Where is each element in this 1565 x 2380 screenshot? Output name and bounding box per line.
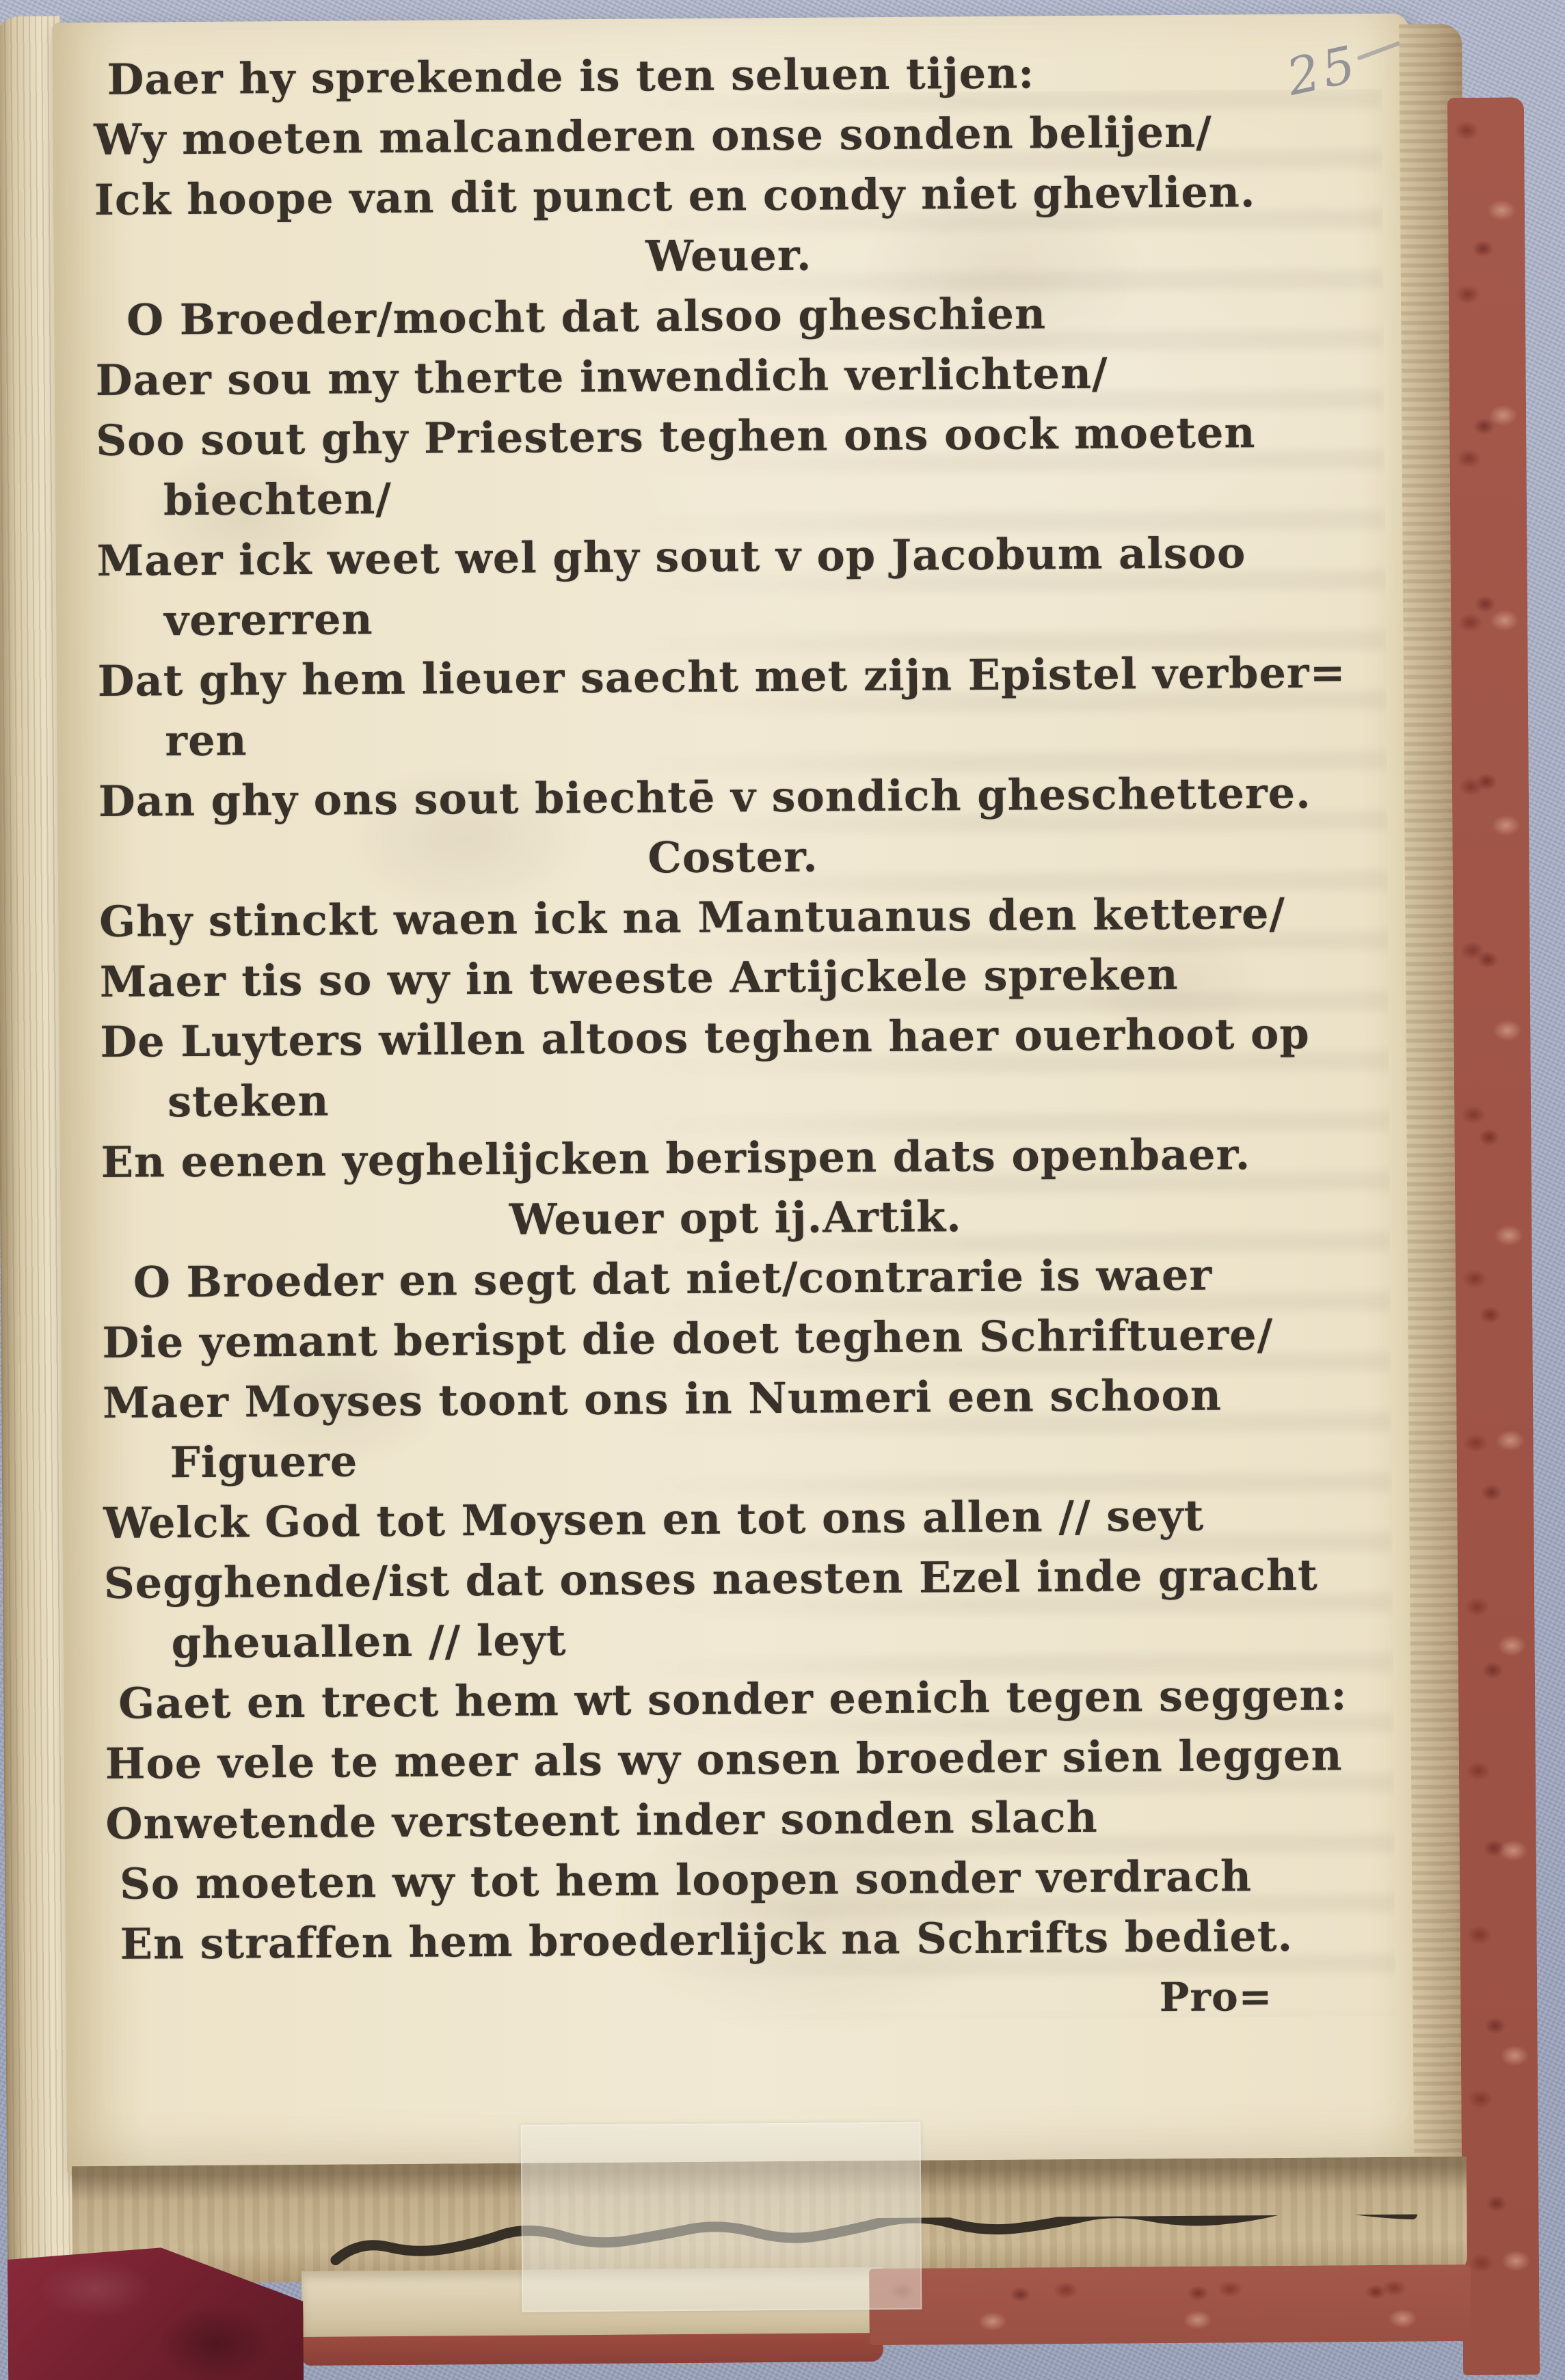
speaker-heading: Weuer. <box>94 221 1363 290</box>
verse-line: Maer Moyses toont ons in Numeri een scho… <box>103 1364 1372 1433</box>
book: Daer hy sprekende is ten seluen tijen: W… <box>0 0 1565 2380</box>
verse-line: Onwetende versteent inder sonden slach <box>105 1785 1374 1854</box>
verse-line: Die yemant berispt die doet teghen Schri… <box>102 1304 1371 1373</box>
verse-line: Segghende/ist dat onses naesten Ezel ind… <box>104 1545 1373 1614</box>
verse-continuation: gheuallen // leyt <box>104 1605 1373 1674</box>
tape-strip <box>521 2122 922 2312</box>
verse-line: De Luyters willen altoos teghen haer oue… <box>100 1003 1369 1072</box>
verse-continuation: Figuere <box>103 1424 1372 1493</box>
verse-continuation: steken <box>101 1064 1369 1133</box>
verse-line: So moeten wy tot hem loopen sonder verdr… <box>106 1845 1375 1915</box>
verse-line: Soo sout ghy Priesters teghen ons oock m… <box>96 402 1365 471</box>
book-page: Daer hy sprekende is ten seluen tijen: W… <box>52 14 1424 2176</box>
verse-line: Daer hy sprekende is ten seluen tijen: <box>93 41 1362 110</box>
verse-line: Ick hoope van dit punct en condy niet gh… <box>94 161 1363 230</box>
verse-line: En eenen yeghelijcken berispen dats open… <box>101 1124 1369 1193</box>
verse-line: Ghy stinckt waen ick na Mantuanus den ke… <box>99 883 1368 952</box>
catchword: Pro= <box>107 1966 1376 2035</box>
red-edge-under-leaves <box>302 2333 883 2366</box>
verse-continuation: biechten/ <box>96 462 1365 531</box>
verse-continuation: vererren <box>97 582 1366 651</box>
verse-line: Hoe vele te meer als wy onsen broeder si… <box>105 1725 1374 1794</box>
verse-line: O Broeder/mocht dat alsoo gheschien <box>95 282 1364 351</box>
printed-text-block: Daer hy sprekende is ten seluen tijen: W… <box>93 41 1375 2035</box>
marbled-cover-edge-right <box>1447 97 1540 2375</box>
verse-continuation: ren <box>98 703 1367 772</box>
verse-line: En straffen hem broederlijck na Schrifts… <box>106 1906 1375 1975</box>
pencil-flourish <box>1357 39 1406 60</box>
marbled-cover-edge-bottom <box>869 2264 1471 2345</box>
verse-line: Dan ghy ons sout biechtē v sondich ghesc… <box>98 763 1367 832</box>
verse-line: Daer sou my therte inwendich verlichten/ <box>95 342 1364 411</box>
verse-line: Gaet en trect hem wt sonder eenich tegen… <box>105 1665 1374 1734</box>
speaker-heading: Coster. <box>98 823 1367 892</box>
verse-line: Dat ghy hem lieuer saecht met zijn Epist… <box>97 643 1366 712</box>
verse-line: Maer tis so wy in tweeste Artijckele spr… <box>100 943 1369 1012</box>
verse-line: Maer ick weet wel ghy sout v op Jacobum … <box>96 522 1365 591</box>
speaker-heading: Weuer opt ij.Artik. <box>101 1184 1370 1253</box>
verse-line: Welck God tot Moysen en tot ons allen //… <box>103 1485 1372 1554</box>
verse-line: Wy moeten malcanderen onse sonden belije… <box>94 101 1363 170</box>
verse-line: O Broeder en segt dat niet/contrarie is … <box>102 1244 1371 1313</box>
